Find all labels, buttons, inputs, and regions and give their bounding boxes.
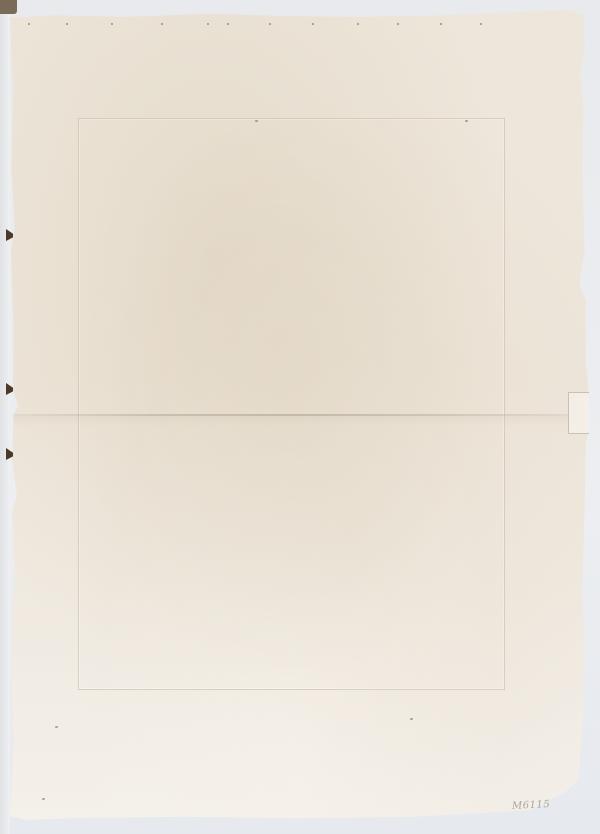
foxing-spot	[42, 798, 45, 800]
pin-hole	[269, 23, 271, 25]
photo-stage: M6115	[0, 0, 600, 834]
pin-holes-row	[10, 23, 588, 27]
pencil-inscription: M6115	[512, 799, 551, 812]
foxing-spot	[410, 718, 413, 720]
pin-hole	[161, 23, 163, 25]
foxing-spot	[255, 120, 258, 122]
pin-hole	[66, 23, 68, 25]
fold-shadow	[10, 416, 588, 426]
pin-hole	[480, 23, 482, 25]
pin-hole	[397, 23, 399, 25]
pin-hole	[28, 23, 30, 25]
backing-board-edge	[0, 14, 10, 834]
foxing-spot	[55, 726, 58, 728]
paper-sheet	[10, 8, 588, 820]
pin-hole	[312, 23, 314, 25]
pin-hole	[227, 23, 229, 25]
pin-hole	[440, 23, 442, 25]
pin-hole	[207, 23, 209, 25]
foxing-spot	[465, 120, 468, 122]
backing-board-corner	[0, 0, 17, 14]
pin-hole	[357, 23, 359, 25]
edge-repair-patch	[568, 392, 589, 434]
plate-mark	[78, 118, 505, 690]
pin-hole	[111, 23, 113, 25]
